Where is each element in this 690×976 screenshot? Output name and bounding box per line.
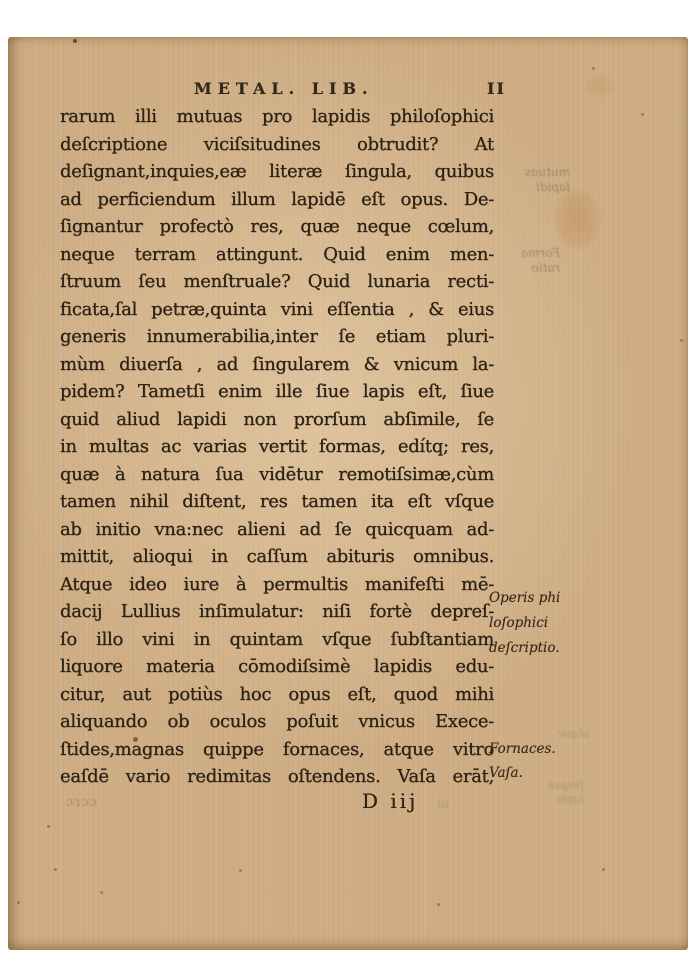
show-through-text: ratio <box>521 261 560 276</box>
foxing-speck <box>602 868 605 871</box>
foxing-speck <box>680 339 683 342</box>
body-line: ſignantur profectò res, quæ neque cœlum, <box>60 213 494 241</box>
margin-note-line: Operis phi <box>489 586 560 611</box>
foxing-speck <box>17 901 20 904</box>
body-line: rarum illi mutuas pro lapidis philoſophi… <box>60 103 494 131</box>
body-line: ſtruum ſeu menſtruale? Quid lunaria rect… <box>60 268 494 296</box>
foxing-speck <box>47 825 50 828</box>
margin-note-vasa: Vaſa. <box>489 761 523 786</box>
body-line: mittit, alioqui in caſſum abituris omnib… <box>60 543 494 571</box>
foxing-speck <box>641 113 644 116</box>
body-line: aliquando ob oculos poſuit vnicus Exece- <box>60 708 494 736</box>
show-through-text: ſingue <box>548 779 583 793</box>
show-through-near-vasa: ſingue lapis <box>548 779 583 807</box>
body-line: Atque ideo iure à permultis manifeſti mē… <box>60 571 494 599</box>
body-line: deſcriptione viciſsitudines obtrudit? At <box>60 131 494 159</box>
body-line: ſo illo vini in quintam vſque ſubſtantia… <box>60 626 494 654</box>
book-page: METAL. LIB. II rarum illi mutuas pro lap… <box>8 37 688 950</box>
show-through-right-upper: mutuas lapidi <box>525 165 570 195</box>
foxing-speck <box>54 868 57 871</box>
show-through-beside-signature: ia <box>437 797 449 812</box>
body-line: quid aliud lapidi non prorſum abſimile, … <box>60 406 494 434</box>
body-line: in multas ac varias vertit formas, edítq… <box>60 433 494 461</box>
body-line: tamen nihil diſtent, res tamen ita eſt v… <box>60 488 494 516</box>
foxing-speck <box>100 891 103 894</box>
show-through-text: Forma <box>521 246 560 261</box>
body-line: quæ à natura ſua vidētur remotiſsimæ,cùm <box>60 461 494 489</box>
foxing-speck <box>239 869 242 872</box>
body-line: ſtides,magnas quippe fornaces, atque vit… <box>60 736 494 764</box>
body-line: ab initio vna:nec alieni ad ſe quicquam … <box>60 516 494 544</box>
body-line: eaſdē vario redimitas oſtendens. Vaſa er… <box>60 763 494 791</box>
body-line: neque terram attingunt. Quid enim men- <box>60 241 494 269</box>
body-line: ficata,ſal petræ,quinta vini eſſentia , … <box>60 296 494 324</box>
body-line: mùm diuerſa , ad ſingularem & vnicum la- <box>60 351 494 379</box>
body-line: generis innumerabilia,inter ſe etiam plu… <box>60 323 494 351</box>
foxing-speck <box>133 737 138 742</box>
body-line: liquore materia cōmodiſsimè lapidis edu- <box>60 653 494 681</box>
show-through-bottom-left: ɔɿɔɔ <box>66 795 98 810</box>
margin-note-operis: Operis phi loſophici deſcriptio. <box>489 586 560 661</box>
show-through-right-lower: Forma ratio <box>521 246 560 276</box>
show-through-text: lapis <box>548 793 583 807</box>
show-through-text: mutuas <box>525 165 570 180</box>
body-text-block: rarum illi mutuas pro lapidis philoſophi… <box>60 103 494 791</box>
foxing-speck <box>592 67 595 70</box>
margin-note-fornaces: Fornaces. <box>489 737 556 762</box>
ink-stain <box>583 73 617 99</box>
running-title: METAL. LIB. <box>194 79 374 98</box>
margin-note-line: loſophici <box>489 611 560 636</box>
scan-background: METAL. LIB. II rarum illi mutuas pro lap… <box>0 0 690 976</box>
body-line: citur, aut potiùs hoc opus eſt, quod mih… <box>60 681 494 709</box>
body-line: pidem? Tametſi enim ille ſiue lapis eſt,… <box>60 378 494 406</box>
foxing-speck <box>73 39 77 43</box>
page-number: II <box>487 79 506 98</box>
body-line: ad perficiendum illum lapidē eſt opus. D… <box>60 186 494 214</box>
show-through-near-fornaces: atque <box>558 727 590 741</box>
signature-mark: D iij <box>362 789 418 813</box>
ink-stain <box>553 187 601 251</box>
body-line: dacij Lullius inſimulatur: niſi fortè de… <box>60 598 494 626</box>
margin-note-line: deſcriptio. <box>489 636 560 661</box>
foxing-speck <box>437 903 440 906</box>
body-line: deſignant,inquies,eæ literæ ſingula, qui… <box>60 158 494 186</box>
